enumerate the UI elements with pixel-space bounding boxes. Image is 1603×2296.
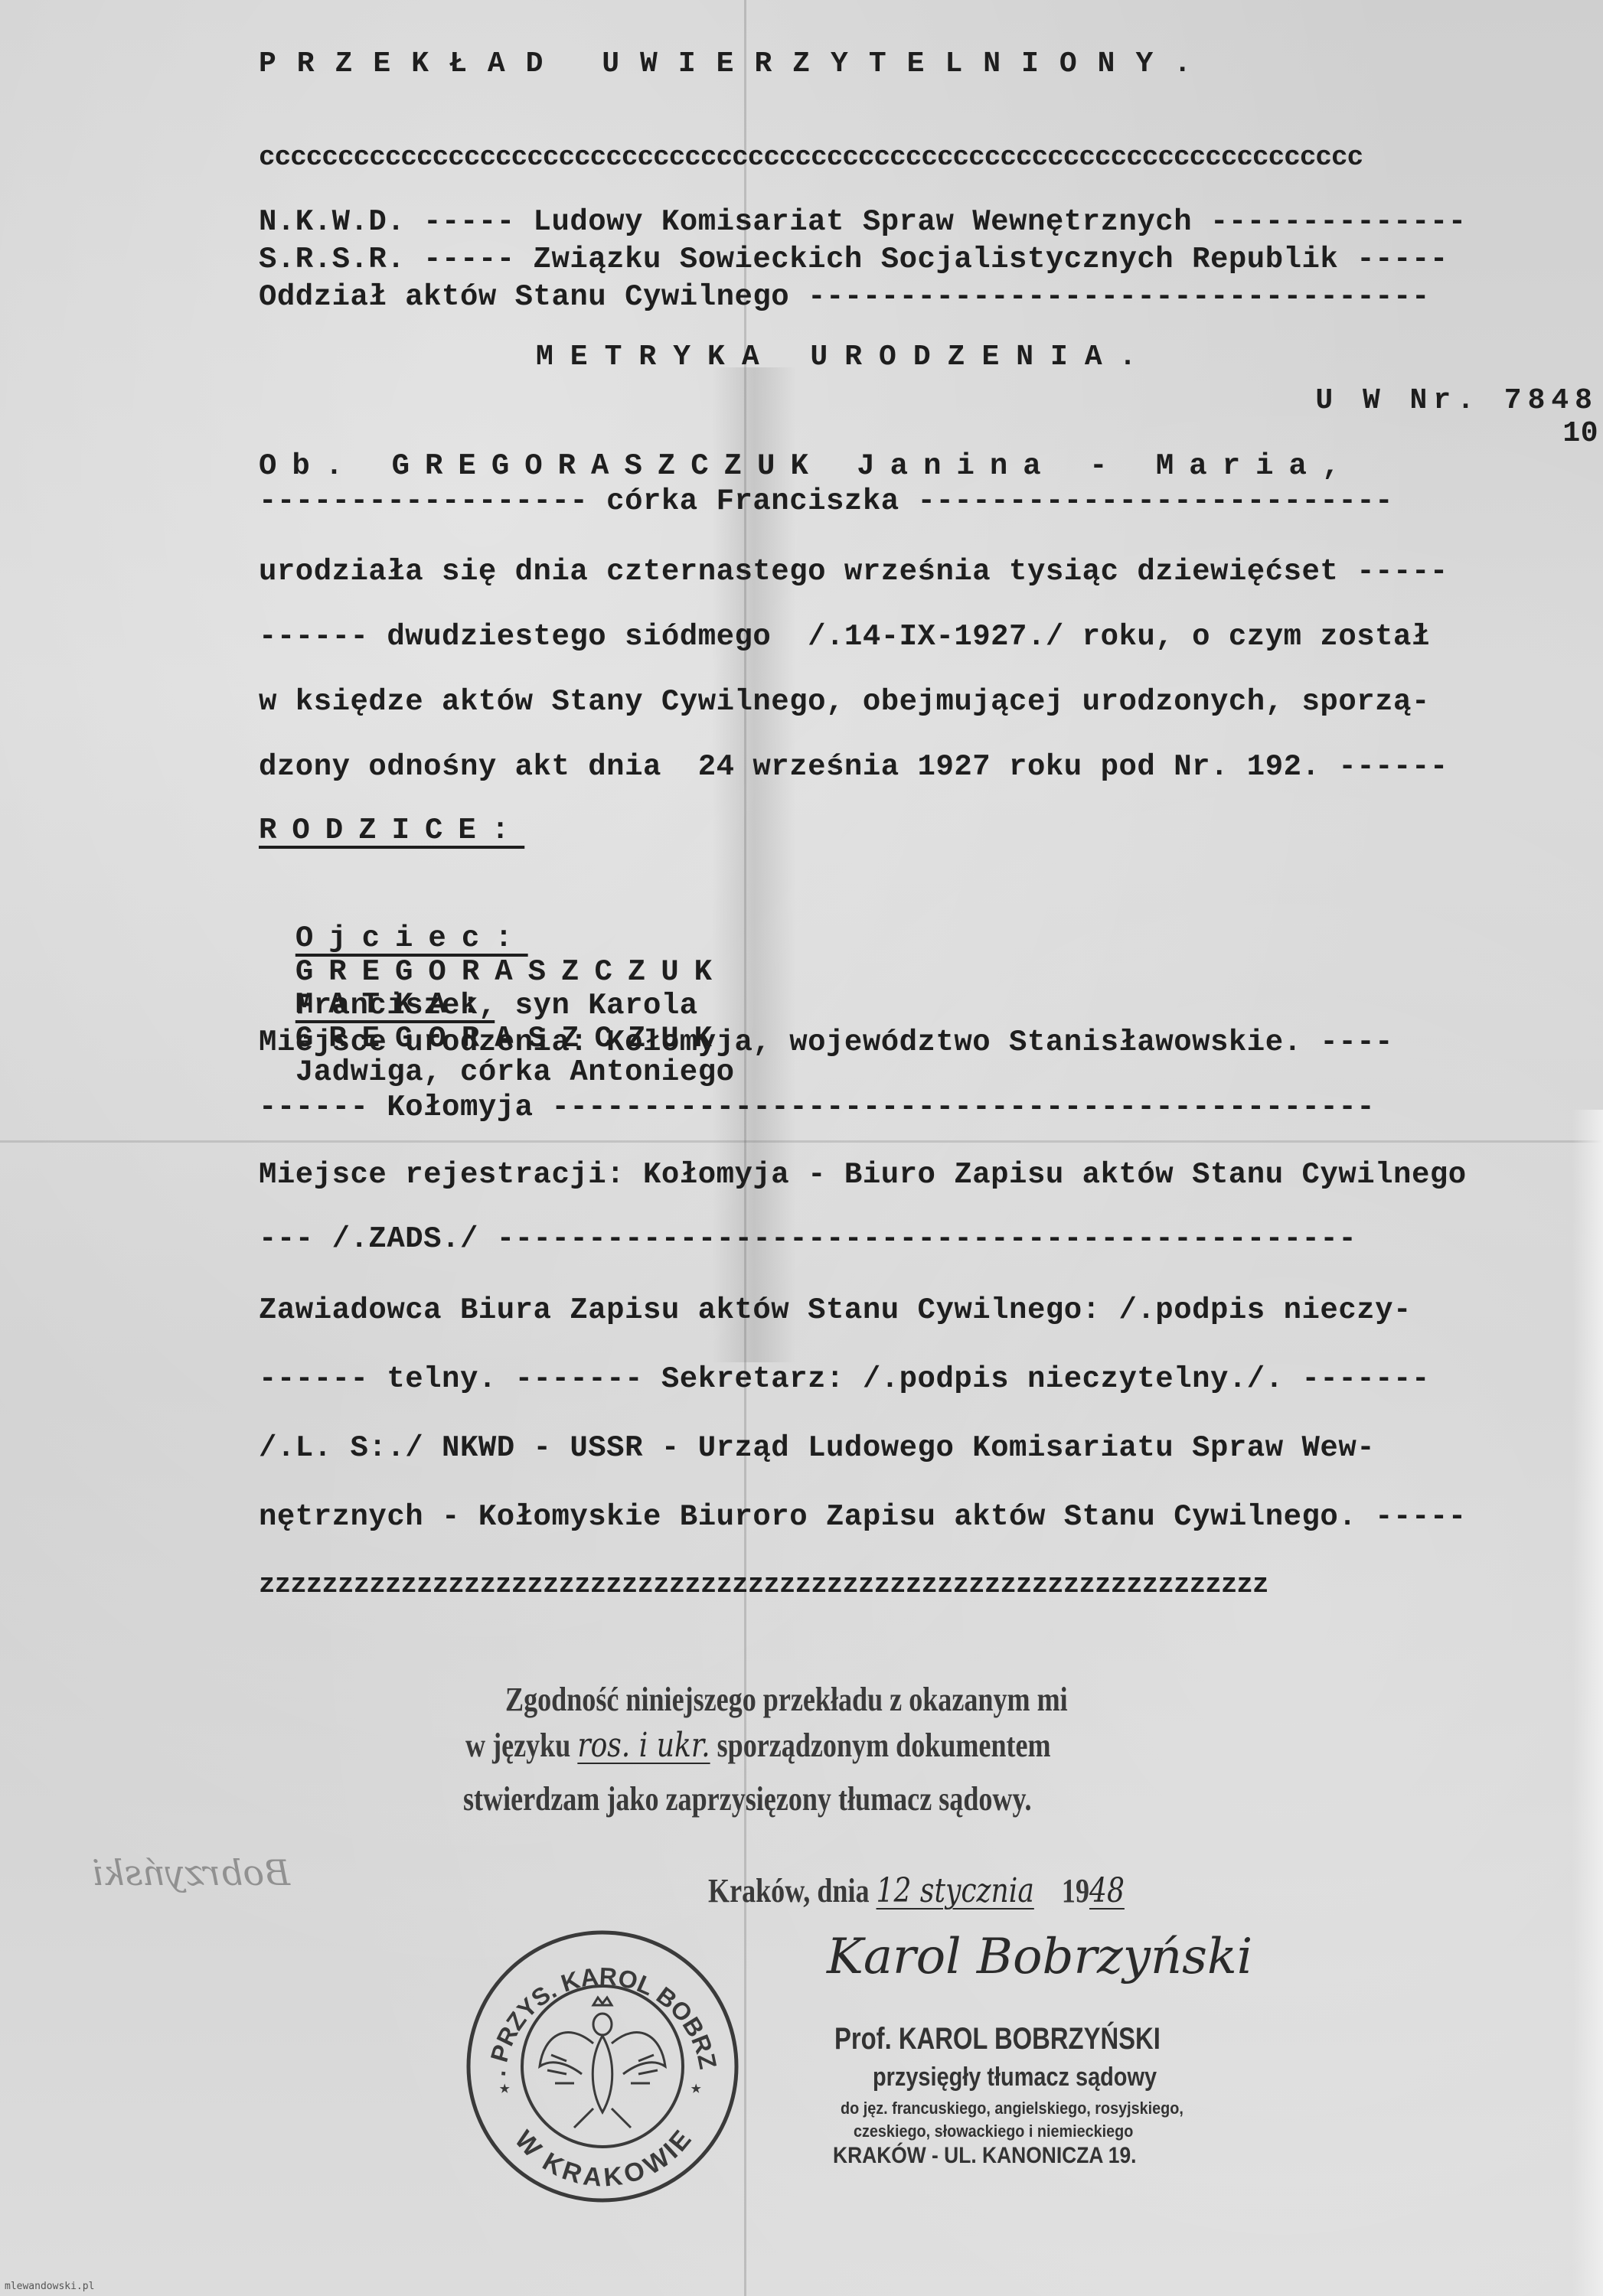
horizontal-fold-line — [0, 1140, 1603, 1143]
body-line-2: ------ dwudziestego siódmego /.14-IX-192… — [259, 620, 1430, 654]
year-prefix: 19 — [1062, 1872, 1089, 1910]
watermark: mlewandowski.pl — [5, 2281, 94, 2292]
handwritten-language: ros. i ukr. — [577, 1726, 710, 1765]
body-line-4: dzony odnośny akt dnia 24 września 1927 … — [259, 750, 1448, 784]
body-line-1: urodziała się dnia czternastego września… — [259, 555, 1448, 589]
place-of-registration-line-2: --- /.ZADS./ ---------------------------… — [259, 1222, 1357, 1256]
separator-c: cccccccccccccccccccccccccccccccccccccccc… — [259, 142, 1603, 173]
date-prefix: Kraków, dnia — [708, 1872, 870, 1910]
parents-heading: RODZICE: — [259, 814, 524, 847]
official-line-1: Zawiadowca Biura Zapisu aktów Stanu Cywi… — [259, 1293, 1412, 1327]
certification-line-3: stwierdzam jako zaprzysięzony tłumacz są… — [463, 1779, 1032, 1818]
father-label: Ojciec: — [295, 921, 528, 955]
official-line-2: ------ telny. ------- Sekretarz: /.podpi… — [259, 1362, 1430, 1396]
body-line-3: w księdze aktów Stany Cywilnego, obejmuj… — [259, 685, 1430, 719]
certification-language-prefix: w języku — [465, 1727, 570, 1764]
seal-star-right: ★ — [690, 2079, 701, 2099]
torn-edge — [1572, 1110, 1603, 2296]
header-line-department: Oddział aktów Stanu Cywilnego ----------… — [259, 280, 1430, 314]
translator-address: KRAKÓW - UL. KANONICZA 19. — [833, 2143, 1136, 2169]
ghost-signature-bleedthrough: Bobrzyński — [92, 1852, 290, 1893]
translator-languages-2: czeskiego, słowackiego i niemieckiego — [854, 2122, 1133, 2141]
certification-date: Kraków, dnia 12 stycznia 1948 — [708, 1871, 1125, 1910]
place-of-birth-line-1: Miejsce urodzenia: Kołomyja, województwo… — [259, 1026, 1393, 1059]
certification-language-suffix: sporządzonym dokumentem — [710, 1727, 1051, 1764]
mother-line: MATKA: GREGORASZCZUK Jadwiga, córka Anto… — [259, 954, 735, 1089]
round-seal: TŁUM. PRZYS. KAROL BOBRZYŃSKI W KRAKOWIE… — [459, 1921, 746, 2208]
translator-languages-1: do jęz. francuskiego, angielskiego, rosy… — [841, 2099, 1183, 2118]
separator-z: zzzzzzzzzzzzzzzzzzzzzzzzzzzzzzzzzzzzzzzz… — [259, 1569, 1575, 1600]
mother-label: MATKA: — [295, 988, 495, 1022]
certification-line-2: w języku ros. i ukr. sporządzonym dokume… — [465, 1726, 1051, 1765]
translator-signature: Karol Bobrzyński — [827, 1929, 1252, 1985]
document-title: PRZEKŁAD UWIERZYTELNIONY. — [259, 47, 1212, 80]
header-line-srsr: S.R.S.R. ----- Związku Sowieckich Socjal… — [259, 243, 1448, 276]
translator-name: Prof. KAROL BOBRZYŃSKI — [834, 2022, 1161, 2056]
seal-star-left: ★ — [499, 2079, 510, 2099]
mother-details: Jadwiga, córka Antoniego — [295, 1055, 735, 1089]
official-line-4: nętrznych - Kołomyskie Biuroro Zapisu ak… — [259, 1500, 1467, 1534]
official-line-3: /.L. S:./ NKWD - USSR - Urząd Ludowego K… — [259, 1431, 1375, 1465]
reference-sub-number: 10 — [1562, 417, 1598, 450]
header-line-nkwd: N.K.W.D. ----- Ludowy Komisariat Spraw W… — [259, 205, 1467, 239]
handwritten-year: 48 — [1089, 1871, 1125, 1910]
place-of-birth-line-2: ------ Kołomyja ------------------------… — [259, 1091, 1375, 1124]
certification-line-1: Zgodność niniejszego przekładu z okazany… — [505, 1680, 1068, 1719]
eagle-emblem-icon — [540, 1998, 665, 2128]
daughter-of-line: ------------------ córka Franciszka ----… — [259, 484, 1393, 518]
place-of-registration-line-1: Miejsce rejestracji: Kołomyja - Biuro Za… — [259, 1158, 1467, 1192]
handwritten-date: 12 stycznia — [877, 1871, 1034, 1910]
document-type-heading: METRYKA URODZENIA. — [536, 341, 1153, 373]
reference-number: U W Nr. 7848 — [1315, 384, 1598, 417]
subject-name: Ob. GREGORASZCZUK Janina - Maria, — [259, 449, 1355, 483]
translator-title: przysięgły tłumacz sądowy — [873, 2063, 1157, 2092]
